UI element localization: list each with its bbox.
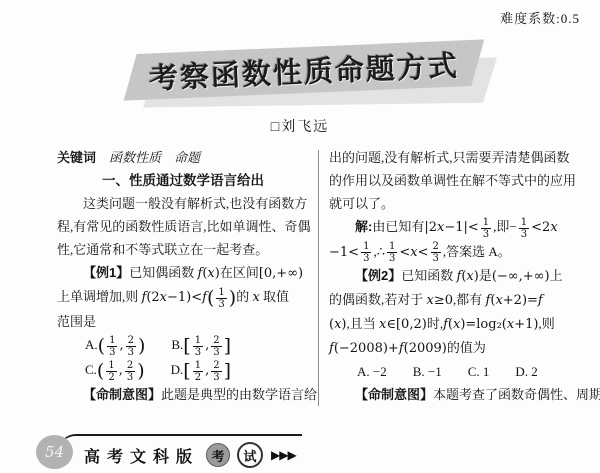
kao-badge: 考 [206,443,230,467]
text-segment: )=log₂( [460,317,507,332]
paragraph-line: 的作用以及函数单调性在解不等式中的应用 [329,169,581,192]
text-segment: 已知函数 [401,268,456,283]
author-line: □刘飞远 [0,116,600,136]
text-segment: ) [138,335,145,357]
text-segment: 就可以了。 [329,196,394,211]
fraction: 12 [193,360,203,383]
text-segment: 一、性质通过数学语言给出 [102,173,264,188]
fraction: 23 [126,335,136,358]
text-segment: ,都有 [453,292,486,307]
text-segment: 性,它通常和不等式联立在一起考查。 [57,242,268,257]
text-segment: 这类问题一般没有解析式,也没有函数方 [83,196,307,211]
text-segment: 在区间 [220,265,259,280]
example1-line: 【例1】已知偶函数 f(x)在区间[0,+∞) [57,261,309,285]
fraction: 13 [361,241,371,264]
forward-arrows-icon: ▶▶▶ [271,448,296,463]
section-heading: 一、性质通过数学语言给出 [57,169,309,192]
text-segment: ] [224,335,231,357]
example1-line: 范围是 [57,310,309,333]
text-segment: ( [207,287,214,309]
text-segment: x [252,290,259,305]
text-segment: , [119,363,123,378]
text-segment: 已知偶函数 [129,265,197,280]
text-segment: ,则 [538,316,554,331]
text-segment: 【命制意图】 [355,387,433,402]
difficulty-label: 难度系数:0.5 [500,8,580,27]
text-segment: ≥0 [434,293,453,308]
fraction: 13 [519,217,529,240]
text-segment: < [418,245,429,260]
fraction: 13 [481,217,491,240]
example2-line: f(−2008)+f(2009)的值为 [329,336,581,360]
text-segment: D. [171,362,184,377]
text-segment: x [427,293,434,308]
text-segment: B. −1 [413,364,442,379]
example2-line: (x),且当 x∈[0,2)时,f(x)=log₂(x+1),则 [329,312,581,336]
text-segment: 关键词 [57,150,109,165]
text-segment: 此题是典型的由数学语言给 [161,387,317,402]
text-segment: −1< [329,245,359,260]
text-segment: 上 [550,268,563,283]
solution-line: −1<13,∴13<x<23,答案选 A。 [329,240,581,265]
text-segment: ,即− [493,219,517,234]
text-segment: ∈[0,2) [386,317,426,332]
paragraph-line: 程,有常见的函数性质语言,比如单调性、奇偶 [57,215,309,238]
text-segment: 程,有常见的函数性质语言,比如单调性、奇偶 [57,219,311,234]
text-segment: −1|< [444,220,478,235]
text-segment: C. 1 [468,364,490,379]
text-segment: ( [98,335,105,357]
options-row: A.(13,23)B.[13,23] [57,333,309,358]
magazine-page: 难度系数:0.5 考察函数性质命题方式 □刘飞远 关键词 函数性质 命题一、性质… [0,0,600,473]
text-segment: f [538,293,543,308]
text-segment: A. [85,337,98,352]
page-footer: 54 高考文科版 考 试 ▶▶▶ [36,434,302,470]
text-segment: ] [224,360,231,382]
title-banner: 考察函数性质命题方式 [128,44,492,110]
text-segment: +1) [514,317,538,332]
text-segment: +2)= [503,293,538,308]
text-segment: 本题考查了函数奇偶性、周期 [433,387,600,402]
fraction: 13 [387,241,397,264]
text-segment: ,∴ [373,244,385,259]
text-segment: C. [85,362,97,377]
example2-line: 的偶函数,若对于 x≥0,都有 f(x+2)=f [329,288,581,312]
options-row: A. −2B. −1C. 1D. 2 [329,360,581,383]
fraction: 23 [211,360,221,383]
paragraph-line: 这类问题一般没有解析式,也没有函数方 [57,192,309,215]
column-divider [318,150,319,406]
text-segment: 的作用以及函数单调性在解不等式中的应用 [329,173,576,188]
text-segment: x [410,245,417,260]
text-segment: 【例2】 [355,268,401,283]
shi-badge: 试 [237,442,263,468]
text-segment: <2 [531,220,550,235]
text-segment: 是 [479,268,492,283]
text-segment: , [205,363,209,378]
text-segment: ) [137,360,144,382]
text-segment: x [495,293,502,308]
text-segment: (2 [146,290,159,305]
footer-banner: 高考文科版 考 试 ▶▶▶ [58,434,302,470]
text-segment: A. −2 [357,364,387,379]
intent-line: 【命制意图】此题是典型的由数学语言给 [57,383,309,406]
text-segment: 范围是 [57,314,96,329]
fraction: 13 [107,335,117,358]
fraction: 13 [216,287,226,310]
text-segment: 的 [236,289,252,304]
text-segment: 上单调增加,则 [57,289,142,304]
paragraph-line: 性,它通常和不等式联立在一起考查。 [57,238,309,261]
text-segment: (−2008)+ [334,341,399,356]
text-segment: 解: [355,219,372,234]
fraction: 12 [106,360,116,383]
article-body: 关键词 函数性质 命题一、性质通过数学语言给出这类问题一般没有解析式,也没有函数… [57,146,587,406]
text-segment: −1)< [167,290,202,305]
intent-line: 【命制意图】本题考查了函数奇偶性、周期 [329,383,581,406]
edition-label: 高考文科版 [84,444,199,467]
text-segment: , [205,338,209,353]
text-segment: 的偶函数,若对于 [329,292,427,307]
page-number-badge: 54 [36,435,73,469]
paragraph-line: 就可以了。 [329,192,581,215]
text-segment: [0,+∞) [259,266,303,281]
text-segment: x [207,266,214,281]
text-segment: (2009) [404,341,447,356]
text-segment: 的值为 [447,340,486,355]
text-segment: (−∞,+∞) [492,269,550,284]
text-segment: B. [171,337,183,352]
text-segment: ,答案选 A。 [443,244,511,259]
text-segment: , [119,338,123,353]
text-segment: |2 [424,220,437,235]
text-segment: ( [97,360,104,382]
text-segment: ,且当 [347,316,380,331]
fraction: 13 [193,335,203,358]
options-row: C.(12,23)D.[12,23] [57,358,309,383]
text-segment: 函数性质 命题 [109,150,200,165]
solution-line: 解:由已知有|2x−1|<13,即−13<2x [329,215,581,240]
fraction: 23 [211,335,221,358]
text-segment: 时, [427,316,443,331]
text-segment: x [160,290,167,305]
text-segment: 【例1】 [83,265,129,280]
example1-line: 上单调增加,则 f(2x−1)<f(13)的 x 取值 [57,285,309,310]
text-segment: < [399,245,410,260]
text-segment: x [466,269,473,284]
text-segment: 出的问题,没有解析式,只需要弄清楚偶函数 [329,150,570,165]
text-segment: 【命制意图】 [83,387,161,402]
fraction: 23 [125,360,135,383]
text-segment: [ [183,335,190,357]
text-segment: 由已知有 [372,219,424,234]
example2-line: 【例2】已知函数 f(x)是(−∞,+∞)上 [329,264,581,288]
text-segment: 取值 [260,289,289,304]
keywords-line: 关键词 函数性质 命题 [57,146,309,169]
text-segment: D. 2 [515,364,537,379]
fraction: 23 [431,241,441,264]
right-column: 出的问题,没有解析式,只需要弄清楚偶函数的作用以及函数单调性在解不等式中的应用就… [329,146,581,406]
left-column: 关键词 函数性质 命题一、性质通过数学语言给出这类问题一般没有解析式,也没有函数… [57,146,309,406]
paragraph-line: 出的问题,没有解析式,只需要弄清楚偶函数 [329,146,581,169]
text-segment: x [550,220,557,235]
text-segment: [ [183,360,190,382]
